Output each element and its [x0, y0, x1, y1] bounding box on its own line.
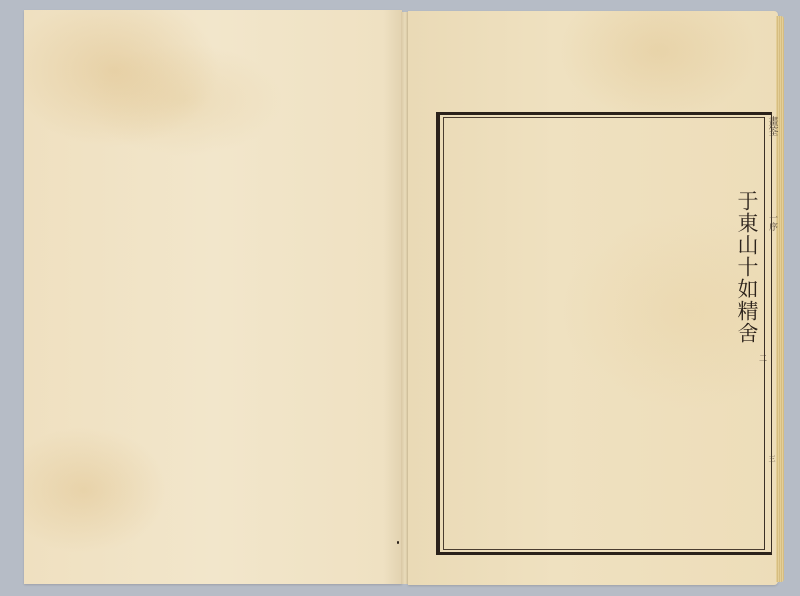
margin-column-divider [764, 117, 765, 550]
main-column-text: 于東山十如精舍 [736, 190, 758, 344]
margin-title-text: 畫筌 [766, 116, 777, 136]
annotation-mark: 二 [759, 353, 767, 364]
margin-page-number: 三 [766, 455, 777, 462]
margin-section-text: 一序 [766, 213, 777, 231]
print-frame-inner-border [443, 117, 765, 550]
left-page-blank [24, 10, 402, 584]
page-edges [776, 16, 784, 582]
ink-speck [397, 541, 399, 544]
